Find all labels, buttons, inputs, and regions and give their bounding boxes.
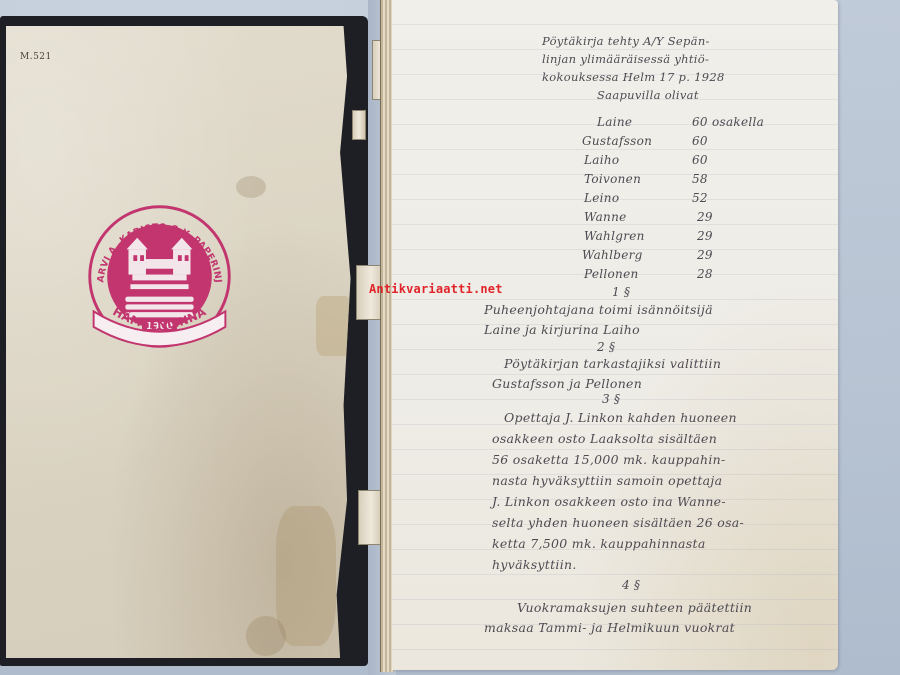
attendee-name: Pellonen <box>584 267 674 281</box>
section-number: 4 § <box>622 578 640 592</box>
stain <box>236 176 266 198</box>
attendee-shares: 60 osakella <box>692 115 782 129</box>
heading-line: kokouksessa Helm 17 p. 1928 <box>542 70 725 84</box>
section-line: osakkeen osto Laaksolta sisältäen <box>492 431 717 446</box>
attendee-name: Laiho <box>584 153 674 167</box>
attendee-shares: 29 <box>697 248 787 262</box>
section-line: 56 osaketta 15,000 mk. kauppahin- <box>492 452 726 467</box>
manuscript-page: Pöytäkirja tehty A/Y Sepän- linjan ylimä… <box>392 0 838 670</box>
section-line: nasta hyväksyttiin samoin opettaja <box>492 473 722 488</box>
publisher-emblem: ARVI A. KARISTO O.Y. PAPERINJALOSTUSTEHT… <box>82 199 237 354</box>
heading-line: linjan ylimääräisessä yhtiö- <box>542 52 709 66</box>
attendee-name: Wanne <box>584 210 674 224</box>
attendee-shares: 52 <box>692 191 782 205</box>
section-line: Laine ja kirjurina Laiho <box>484 322 640 337</box>
section-line: J. Linkon osakkeen osto ina Wanne- <box>492 494 726 509</box>
section-line: Puheenjohtajana toimi isännöitsijä <box>484 302 713 317</box>
section-line: Pöytäkirjan tarkastajiksi valittiin <box>504 356 721 371</box>
watermark-text: Antikvariaatti.net <box>369 282 503 296</box>
attendee-name: Wahlgren <box>584 229 674 243</box>
attendee-shares: 29 <box>697 210 787 224</box>
section-line: hyväksyttiin. <box>492 557 577 572</box>
cover-label-number: M.521 <box>20 52 52 62</box>
heading-line: Pöytäkirja tehty A/Y Sepän- <box>542 34 710 48</box>
section-line: Gustafsson ja Pellonen <box>492 376 642 391</box>
attendee-name: Toivonen <box>584 172 674 186</box>
attendee-shares: 29 <box>697 229 787 243</box>
worn-area <box>276 506 336 646</box>
stain <box>246 616 286 656</box>
attendees-title: Saapuvilla olivat <box>597 88 699 102</box>
section-number: 2 § <box>597 340 615 354</box>
attendee-name: Gustafsson <box>582 134 672 148</box>
castle-seal-icon: ARVI A. KARISTO O.Y. PAPERINJALOSTUSTEHT… <box>82 199 237 354</box>
book-cover: M.521 ARVI A. KARISTO O.Y. PAPERINJALOST… <box>0 16 368 666</box>
section-line: maksaa Tammi- ja Helmikuun vuokrat <box>484 620 735 635</box>
attendee-name: Wahlberg <box>582 248 672 262</box>
section-number: 3 § <box>602 392 620 406</box>
attendee-shares: 60 <box>692 153 782 167</box>
section-line: selta yhden huoneen sisältäen 26 osa- <box>492 515 744 530</box>
attendee-shares: 28 <box>697 267 787 281</box>
attendee-shares: 58 <box>692 172 782 186</box>
attendee-name: Laine <box>597 115 687 129</box>
section-number: 1 § <box>612 285 630 299</box>
binding-tab <box>352 110 366 140</box>
attendee-name: Leino <box>584 191 674 205</box>
section-line: ketta 7,500 mk. kauppahinnasta <box>492 536 706 551</box>
section-line: Opettaja J. Linkon kahden huoneen <box>504 410 737 425</box>
section-line: Vuokramaksujen suhteen päätettiin <box>517 600 752 615</box>
attendee-shares: 60 <box>692 134 782 148</box>
worn-area <box>316 296 352 356</box>
